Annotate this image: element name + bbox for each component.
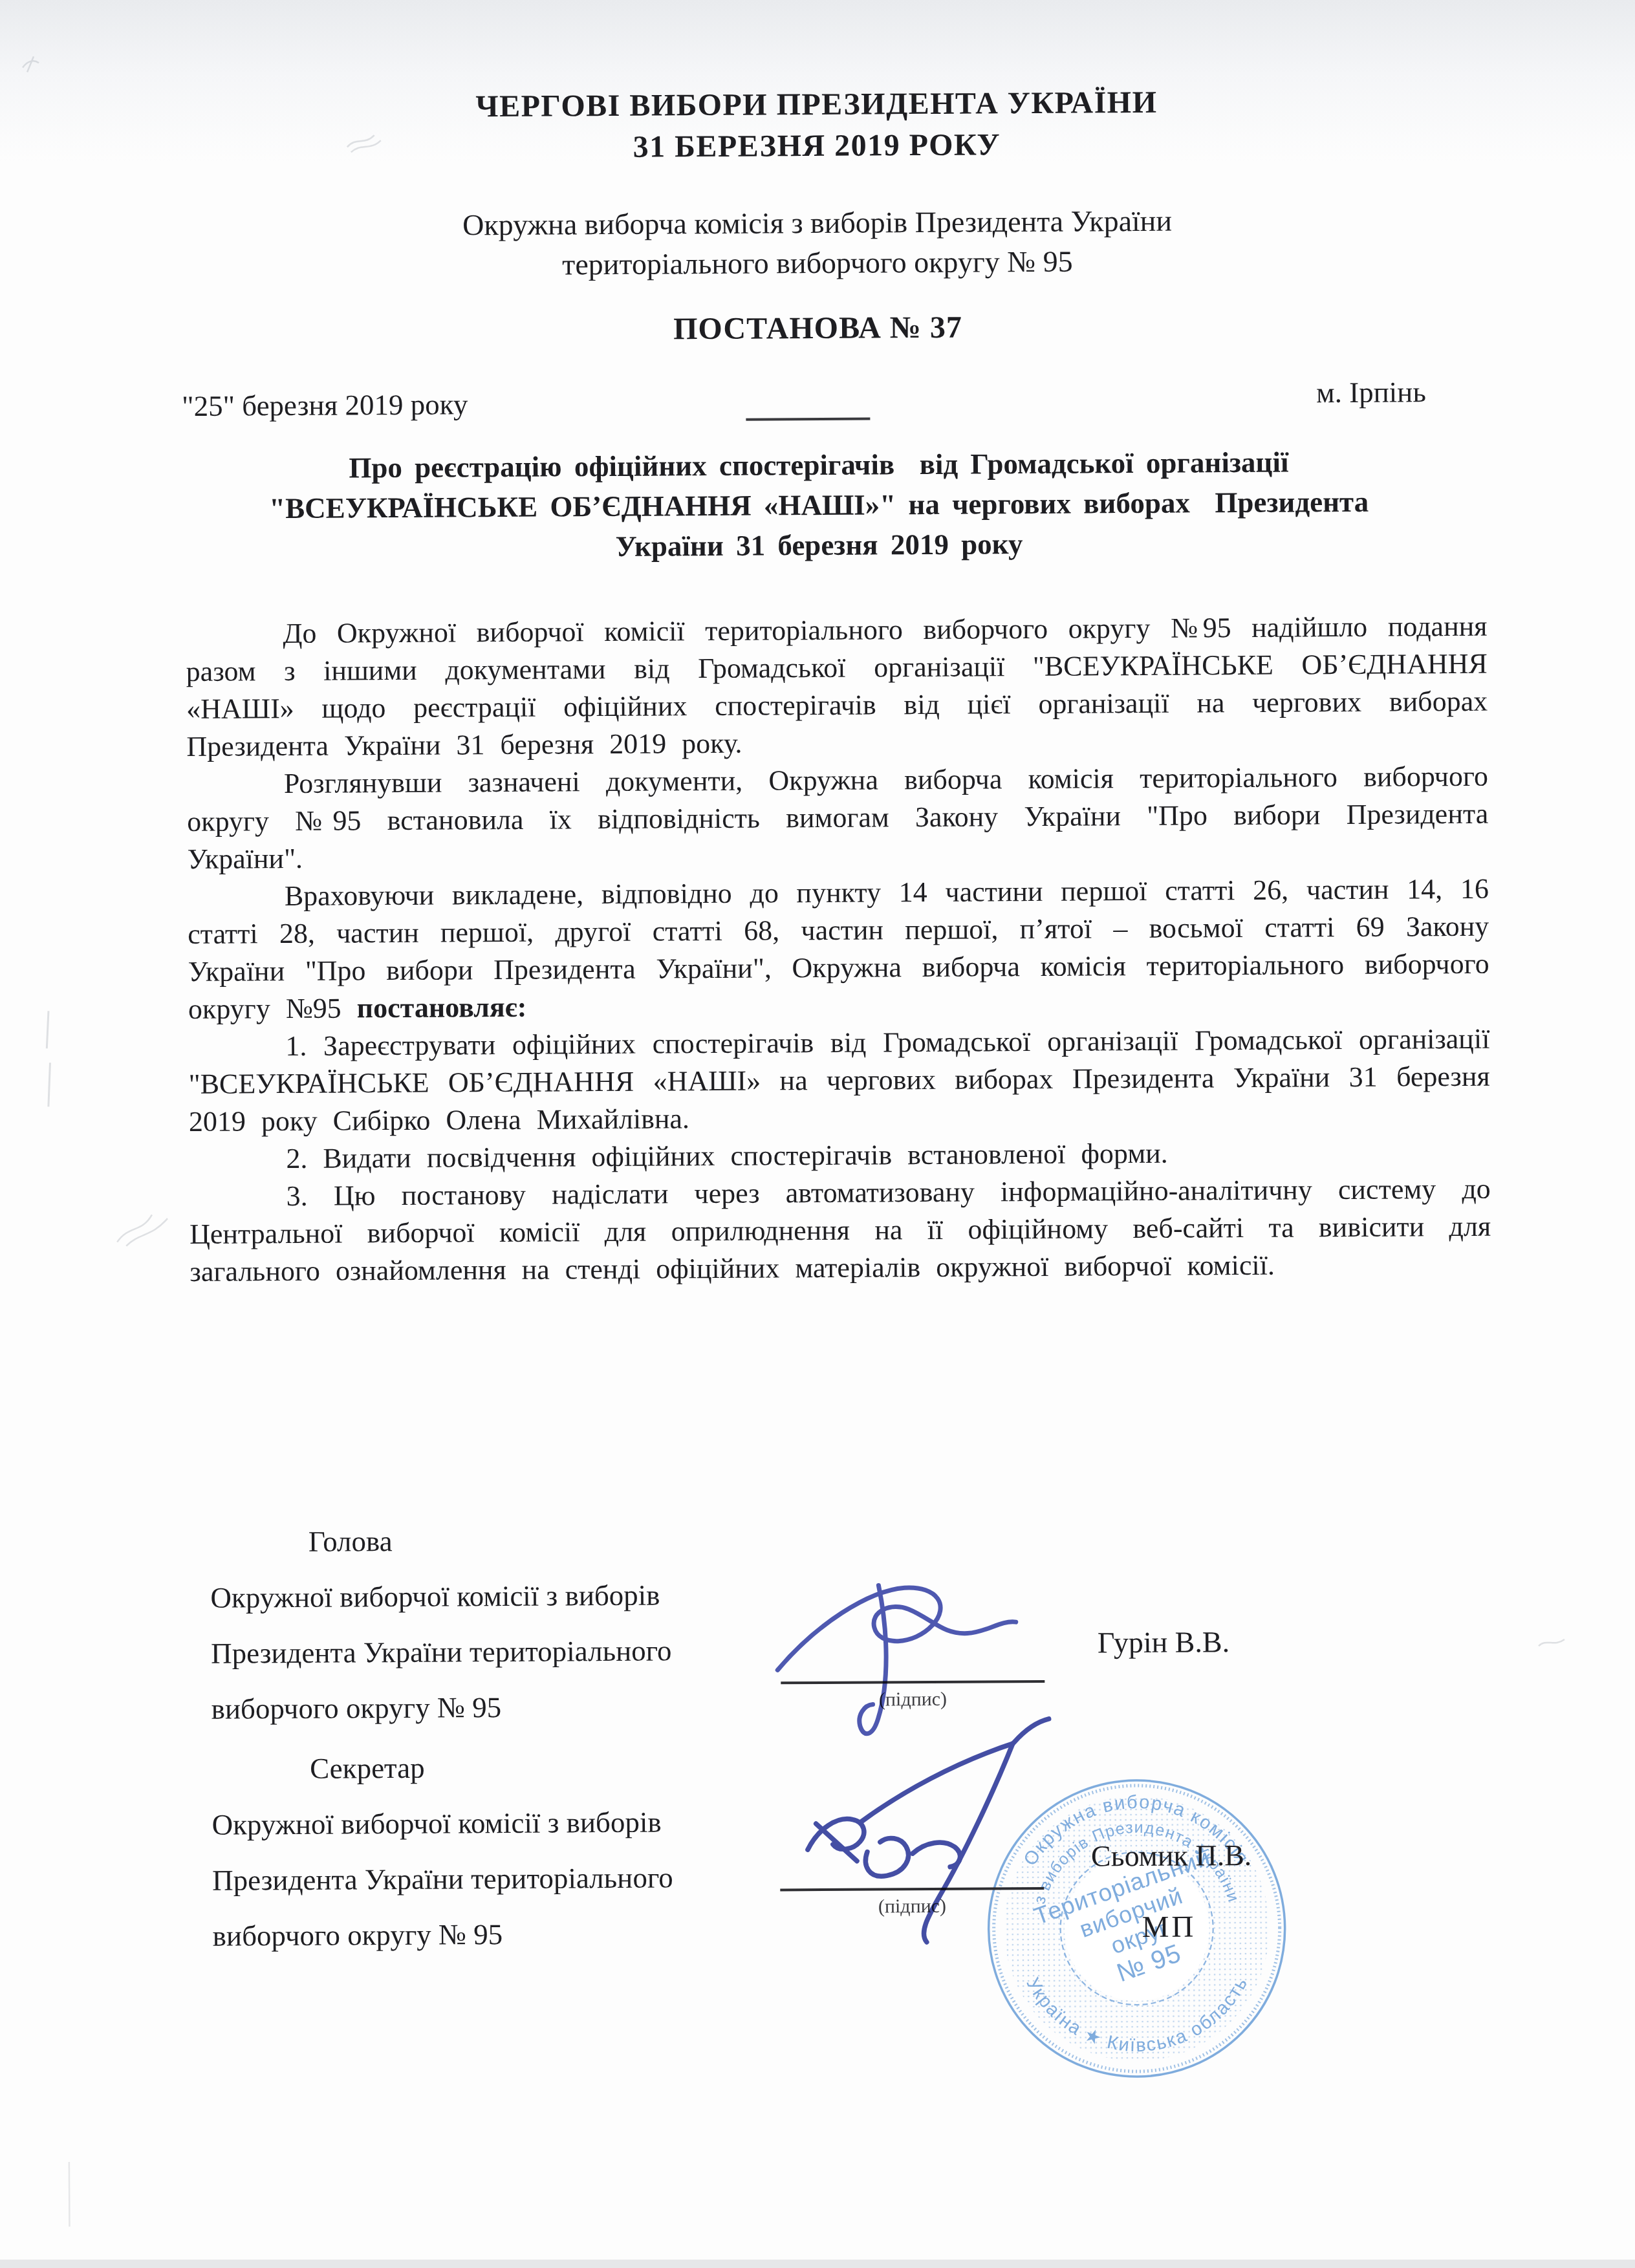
role-line-3: Президента України територіального [212,1849,847,1908]
resolution-body: До Окружної виборчої комісії територіаль… [186,608,1491,1291]
blank-underline [746,417,870,420]
seal-placeholder-label: МП [1142,1909,1196,1945]
scanner-edge-strip [0,2260,1635,2268]
commission-name-line2: територіального виборчого округу № 95 [158,242,1477,284]
paragraph-resolves-bold: постановляє: [357,991,527,1024]
subject-line-2: "ВСЕУКРАЇНСЬКЕ ОБ’ЄДНАННЯ «НАШІ»" на чер… [159,481,1478,529]
pencil-mark-icon [113,1203,171,1249]
pencil-mark-icon [1536,1633,1568,1652]
document-content: ЧЕРГОВІ ВИБОРИ ПРЕЗИДЕНТА УКРАЇНИ 31 БЕР… [0,0,1635,2268]
paragraph-preamble-2: Розглянувши зазначені документи, Окружна… [187,758,1489,878]
scanned-document-page: ЧЕРГОВІ ВИБОРИ ПРЕЗИДЕНТА УКРАЇНИ 31 БЕР… [0,0,1635,2268]
role-line-4: виборчого округу № 95 [212,1905,847,1964]
document-date: "25" березня 2019 року [182,387,468,423]
commission-name-line1: Окружна виборча комісія з виборів Презид… [157,202,1477,244]
signatory-name-head: Гурін В.В. [1098,1625,1229,1659]
subject-line-3: України 31 березня 2019 року [159,521,1478,569]
handwritten-signature-secretary [768,1692,1119,1966]
resolution-number: ПОСТАНОВА № 37 [158,307,1477,350]
pencil-mark-icon [345,129,384,155]
resolution-subject: Про реєстрацію офіційних спостерігачів в… [159,441,1479,569]
pencil-mark-icon [19,51,45,77]
paragraph-preamble-1: До Окружної виборчої комісії територіаль… [186,608,1488,766]
pencil-mark-icon [42,1008,58,1112]
resolution-item-3: 3. Цю постанову надіслати через автомати… [189,1171,1491,1291]
resolution-item-1: 1. Зареєструвати офіційних спостерігачів… [188,1021,1490,1141]
document-place: м. Ірпінь [1316,375,1426,409]
role-line-2: Окружної виборчої комісії з виборів [211,1793,846,1853]
paragraph-resolves: Враховуючи викладене, відповідно до пунк… [188,870,1489,1028]
page-title: ЧЕРГОВІ ВИБОРИ ПРЕЗИДЕНТА УКРАЇНИ [157,83,1476,126]
pencil-mark-icon [65,2159,74,2230]
signatory-role-secretary: Секретар Окружної виборчої комісії з виб… [211,1738,847,1964]
